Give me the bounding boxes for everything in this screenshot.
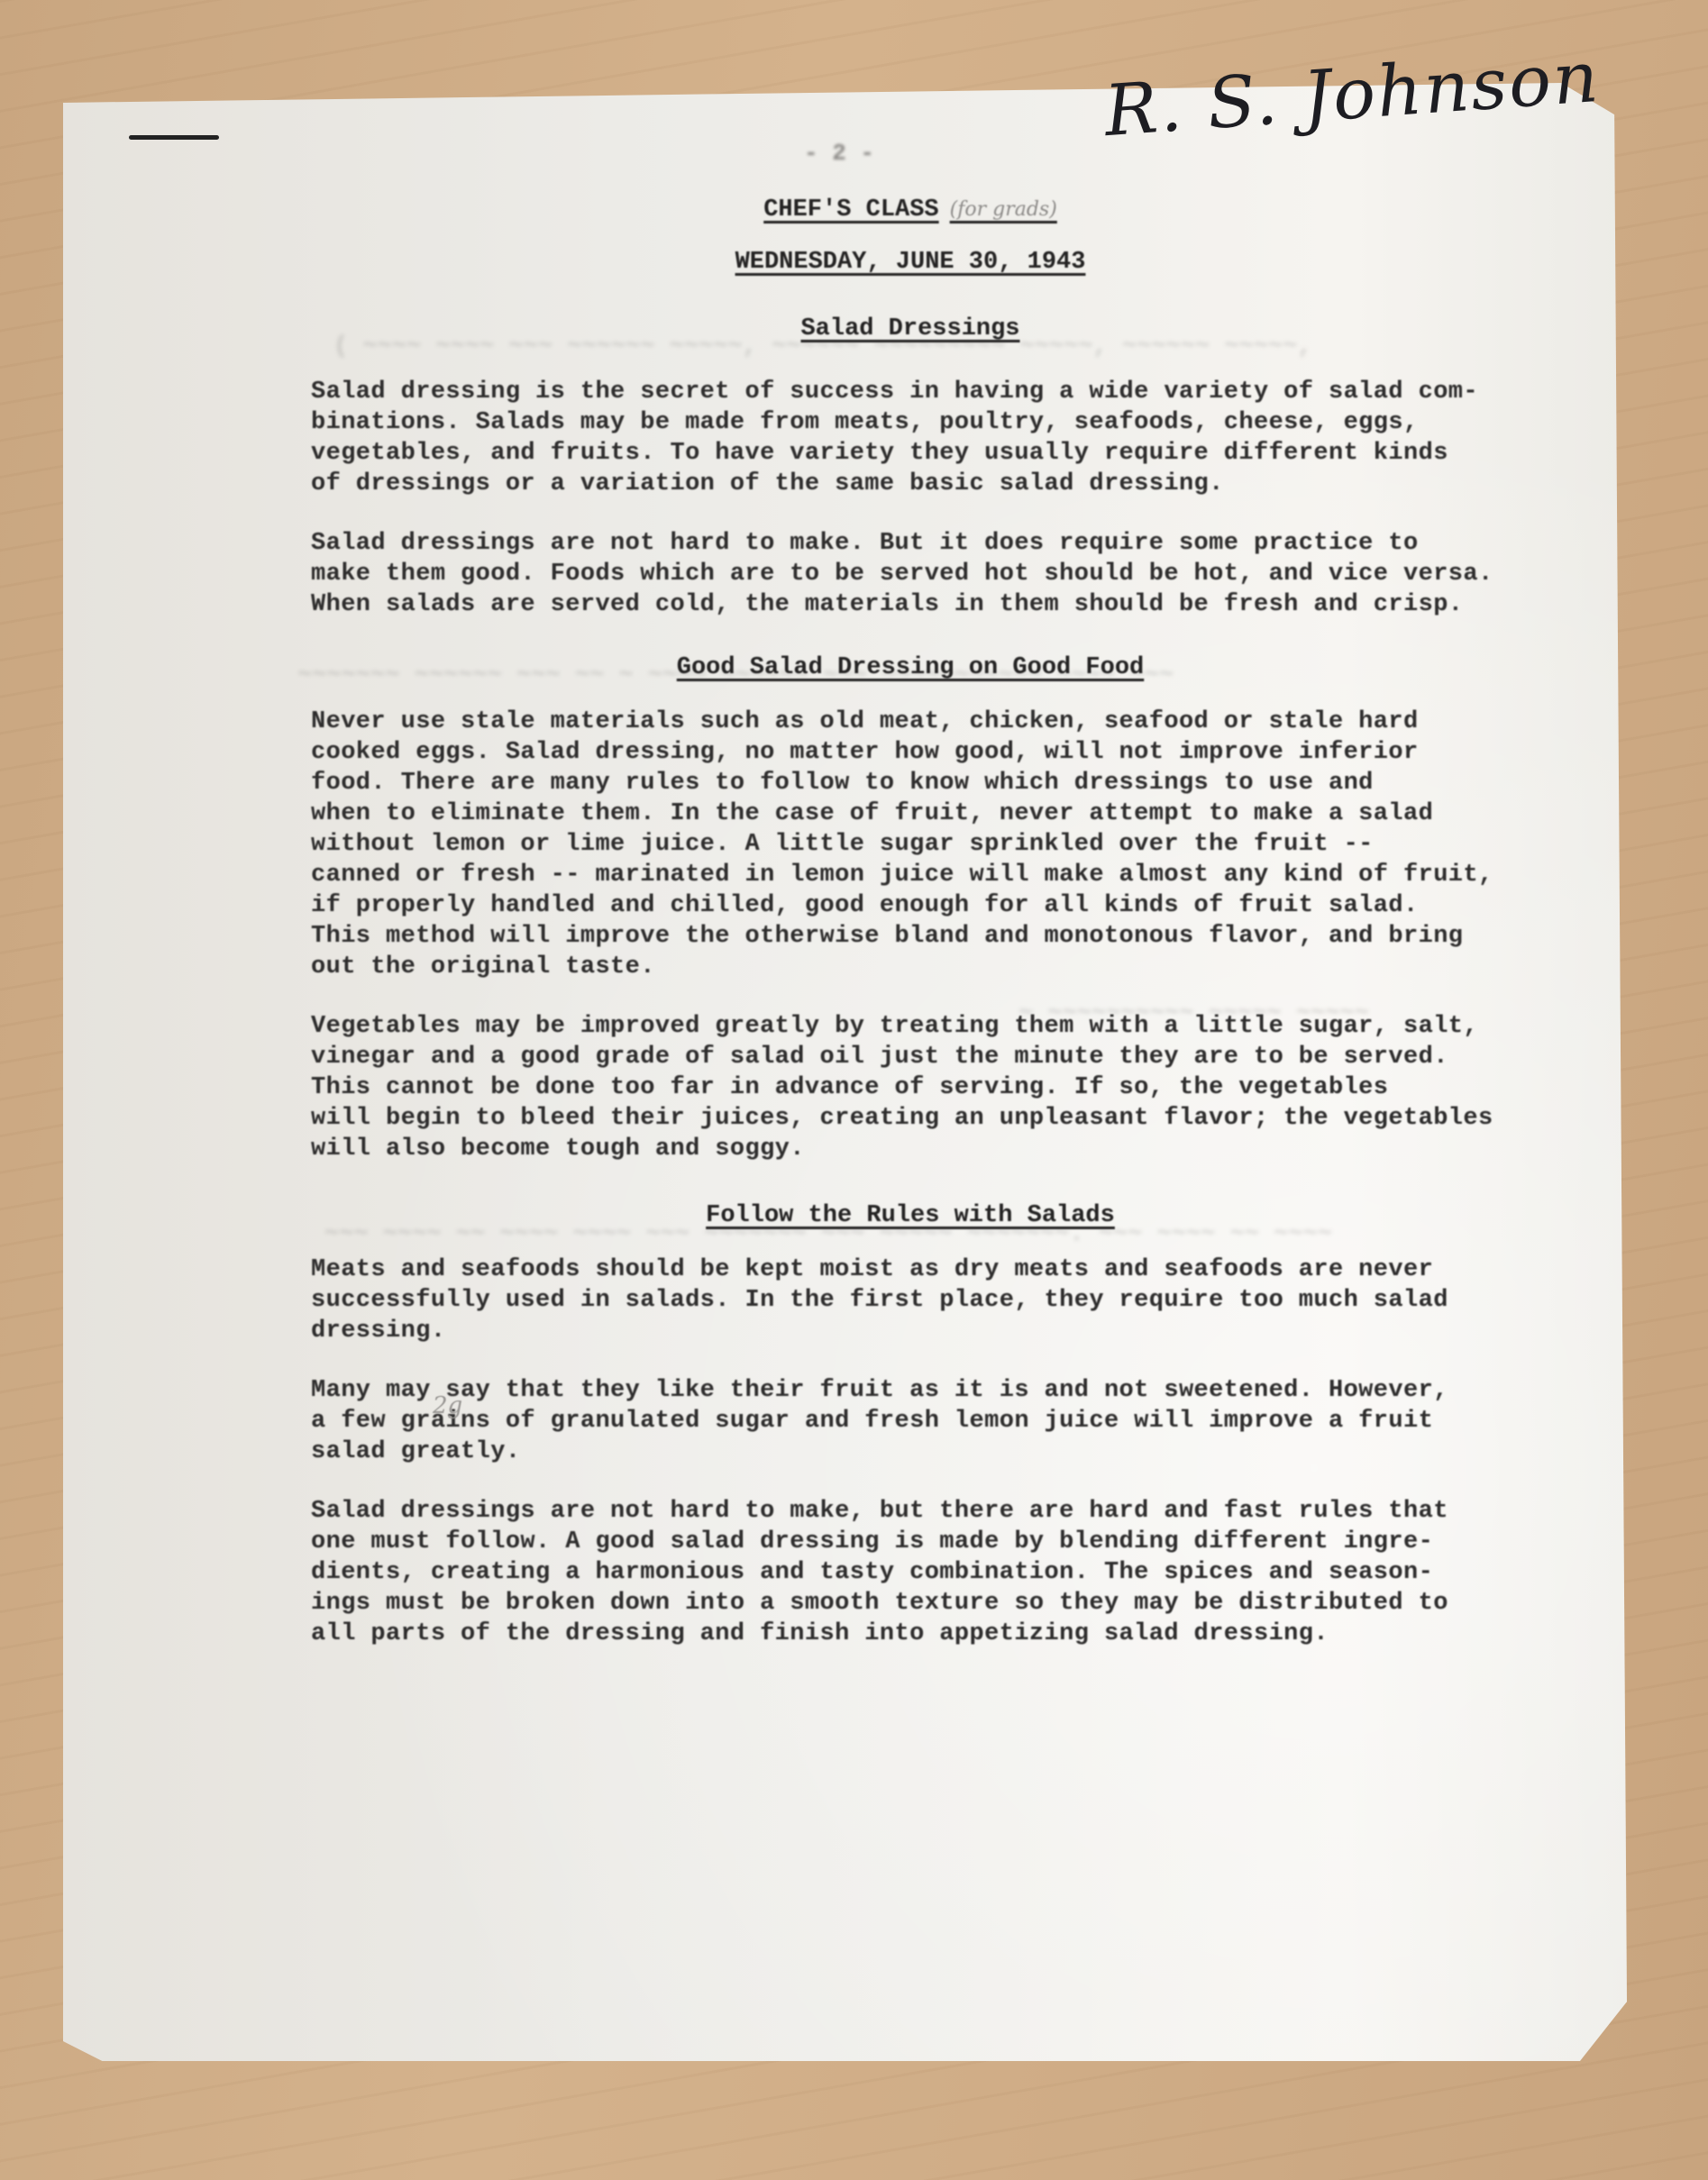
paragraph: Salad dressings are not hard to make. Bu…	[311, 528, 1510, 620]
class-title: CHEF'S CLASS(for grads)	[311, 196, 1510, 223]
paragraph: Meats and seafoods should be kept moist …	[311, 1254, 1510, 1346]
typed-document: CHEF'S CLASS(for grads) WEDNESDAY, JUNE …	[311, 196, 1510, 1649]
section-heading: Good Salad Dressing on Good Food	[311, 654, 1510, 681]
paragraph: Many may say that they like their fruit …	[311, 1375, 1510, 1467]
class-date: WEDNESDAY, JUNE 30, 1943	[311, 249, 1510, 276]
paragraph: Never use stale materials such as old me…	[311, 707, 1510, 982]
handwritten-title-note: (for grads)	[950, 198, 1057, 221]
subject-heading: Salad Dressings	[311, 315, 1510, 342]
section-heading: Follow the Rules with Salads	[311, 1202, 1510, 1229]
paragraph: Salad dressing is the secret of success …	[311, 377, 1510, 499]
page-number: - 2 -	[804, 140, 874, 167]
paragraph: Salad dressings are not hard to make, bu…	[311, 1496, 1510, 1649]
pencil-annotation: 2g	[433, 1392, 462, 1419]
paragraph: Vegetables may be improved greatly by tr…	[311, 1011, 1510, 1164]
ink-dash-mark	[129, 135, 219, 140]
class-title-text: CHEF'S CLASS	[763, 196, 938, 223]
